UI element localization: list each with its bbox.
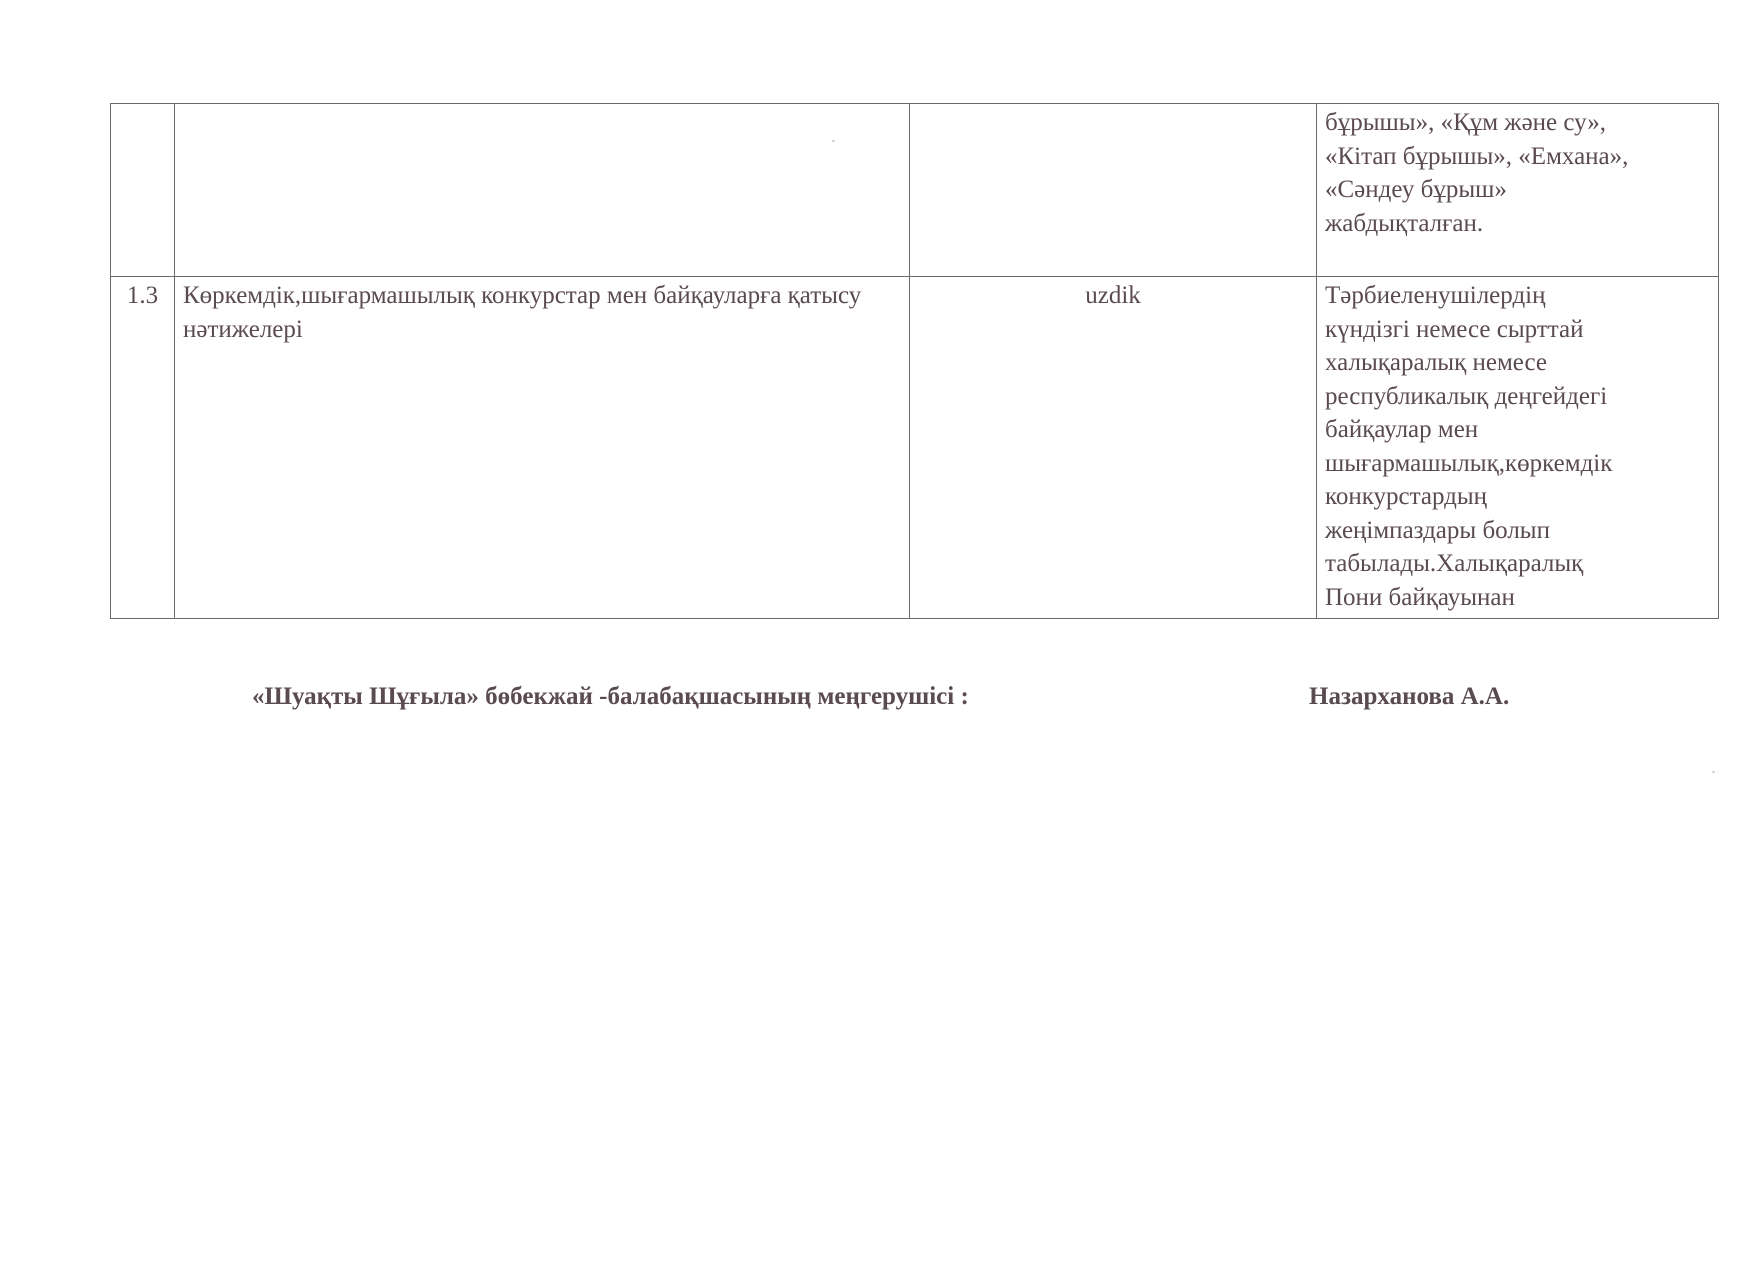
- description-line: Пони байқауынан: [1325, 581, 1710, 615]
- table-row: 1.3 Көркемдік,шығармашылық конкурстар ме…: [111, 277, 1719, 619]
- description-line: халықаралық немесе: [1325, 346, 1710, 380]
- value-cell: [910, 104, 1317, 277]
- description-line: жабдықталған.: [1325, 207, 1710, 241]
- criterion-cell: Көркемдік,шығармашылық конкурстар мен ба…: [175, 277, 910, 619]
- description-line: бұрышы», «Құм және су»,: [1325, 106, 1710, 140]
- position-label: «Шуақты Шұғыла» бөбекжай -балабақшасының…: [252, 683, 969, 711]
- description-cell: бұрышы», «Құм және су», «Кітап бұрышы», …: [1317, 104, 1719, 277]
- scan-speck: [1712, 771, 1715, 773]
- description-line: конкурстардың: [1325, 480, 1710, 514]
- criterion-cell: [175, 104, 910, 277]
- evaluation-table: бұрышы», «Құм және су», «Кітап бұрышы», …: [110, 103, 1719, 619]
- description-line: байқаулар мен: [1325, 413, 1710, 447]
- description-line: табылады.Халықаралық: [1325, 547, 1710, 581]
- signatory-name: Назарханова А.А.: [1309, 683, 1509, 711]
- row-number-cell: [111, 104, 175, 277]
- description-line: «Кітап бұрышы», «Емхана»,: [1325, 140, 1710, 174]
- description-cell: Тәрбиеленушілердің күндізгі немесе сыртт…: [1317, 277, 1719, 619]
- row-number-cell: 1.3: [111, 277, 175, 619]
- scan-speck: [832, 140, 835, 142]
- description-line: күндізгі немесе сырттай: [1325, 313, 1710, 347]
- description-line: «Сәндеу бұрыш»: [1325, 173, 1710, 207]
- signature-footer: «Шуақты Шұғыла» бөбекжай -балабақшасының…: [0, 683, 1755, 723]
- description-line: Тәрбиеленушілердің: [1325, 279, 1710, 313]
- description-line: республикалық деңгейдегі: [1325, 380, 1710, 414]
- description-line: шығармашылық,көркемдік: [1325, 447, 1710, 481]
- value-cell: uzdik: [910, 277, 1317, 619]
- table-row: бұрышы», «Құм және су», «Кітап бұрышы», …: [111, 104, 1719, 277]
- description-line: жеңімпаздары болып: [1325, 514, 1710, 548]
